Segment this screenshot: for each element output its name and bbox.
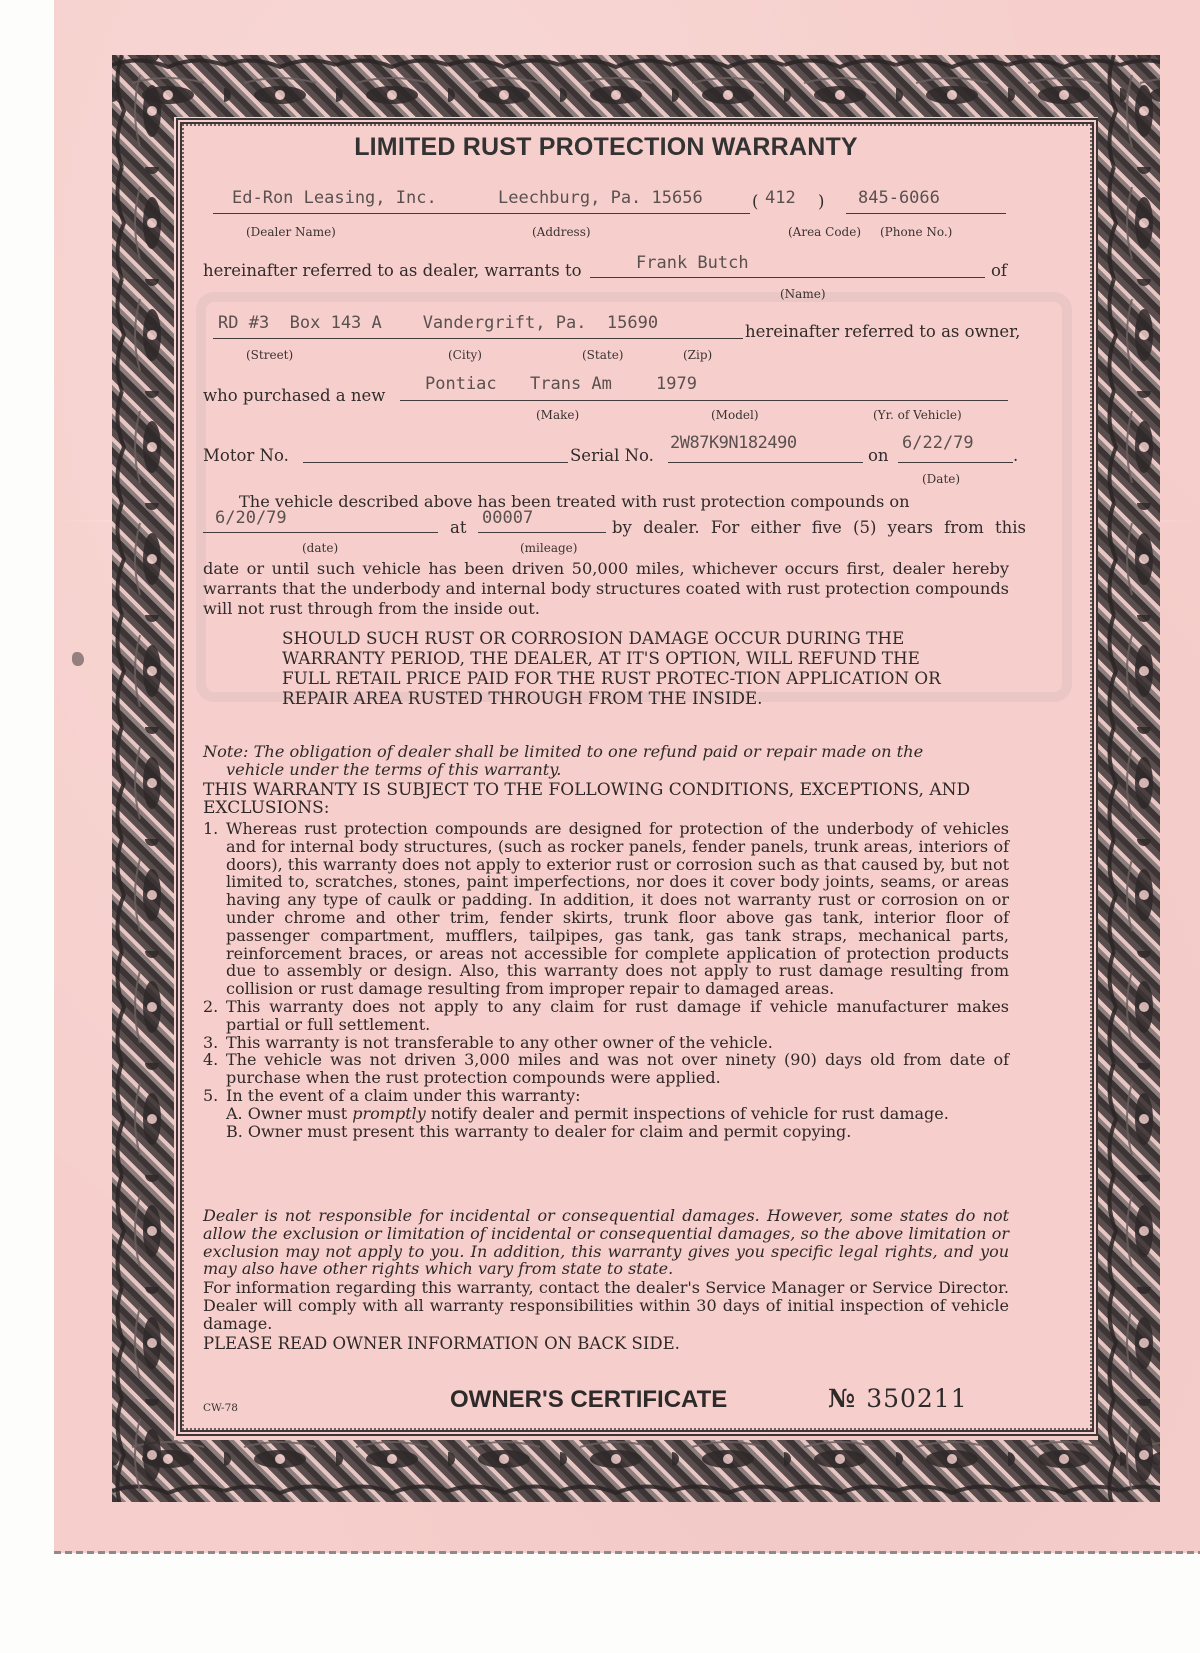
purchased-new-label: who purchased a new <box>203 386 385 405</box>
service-contact-info: For information regarding this warranty,… <box>203 1279 1009 1332</box>
obligation-note-line-2: vehicle under the terms of this warranty… <box>203 761 1009 779</box>
conditions-list: 1.Whereas rust protection compounds are … <box>203 820 1009 1140</box>
model-caption: (Model) <box>711 408 759 422</box>
treatment-date-line <box>203 532 438 533</box>
dealer-area-code-value[interactable]: 412 <box>765 188 796 208</box>
obligation-note-line-1: Note: The obligation of dealer shall be … <box>203 742 923 761</box>
motor-no-line <box>303 462 568 463</box>
area-code-open-paren: ( <box>752 192 758 211</box>
treatment-mileage-line <box>478 532 606 533</box>
consequential-damages-disclaimer: Dealer is not responsible for incidental… <box>203 1207 1009 1278</box>
vehicle-make-value[interactable]: Pontiac <box>425 374 497 394</box>
zip-caption: (Zip) <box>683 348 712 362</box>
conditions-heading: THIS WARRANTY IS SUBJECT TO THE FOLLOWIN… <box>203 781 1009 817</box>
condition-item: 2.This warranty does not apply to any cl… <box>203 998 1009 1034</box>
on-label: on <box>868 446 889 465</box>
treatment-date-value[interactable]: 6/20/79 <box>215 508 287 528</box>
claim-subitem-a: A. Owner must promptly notify dealer and… <box>226 1105 1009 1123</box>
area-code-caption: (Area Code) <box>788 225 861 239</box>
owner-referral-label: hereinafter referred to as owner, <box>745 322 1020 341</box>
owner-name-caption: (Name) <box>780 287 826 301</box>
dealer-address-caption: (Address) <box>532 225 591 239</box>
vehicle-line <box>400 400 1008 401</box>
back-side-notice: PLEASE READ OWNER INFORMATION ON BACK SI… <box>203 1335 1009 1353</box>
by-dealer-text: by dealer. For either five (5) years fro… <box>612 518 1026 537</box>
serial-no-label: Serial No. <box>570 446 654 465</box>
owner-address-value[interactable]: RD #3 Box 143 A Vandergrift, Pa. 15690 <box>218 313 658 333</box>
state-caption: (State) <box>582 348 623 362</box>
period-mark: . <box>1013 446 1018 465</box>
condition-item: 4.The vehicle was not driven 3,000 miles… <box>203 1051 1009 1087</box>
certificate-number-value: 350211 <box>866 1384 967 1413</box>
claim-subitem-b: B. Owner must present this warranty to d… <box>226 1123 1009 1141</box>
warrants-to-label: hereinafter referred to as dealer, warra… <box>203 261 582 280</box>
area-code-close-paren: ) <box>818 192 824 211</box>
purchase-date-line <box>898 462 1013 463</box>
obligation-note: Note: The obligation of dealer shall be … <box>203 743 1009 779</box>
treatment-date-caption: (date) <box>302 541 338 555</box>
condition-item: 3.This warranty is not transferable to a… <box>203 1034 1009 1052</box>
phone-caption: (Phone No.) <box>880 225 952 239</box>
treatment-intro: The vehicle described above has been tre… <box>203 492 1009 512</box>
motor-no-label: Motor No. <box>203 446 289 465</box>
of-label: of <box>991 261 1007 280</box>
owner-name-value[interactable]: Frank Butch <box>636 253 749 273</box>
year-caption: (Yr. of Vehicle) <box>873 408 962 422</box>
dealer-address-value[interactable]: Leechburg, Pa. 15656 <box>498 188 703 208</box>
vehicle-model-value[interactable]: Trans Am <box>530 374 612 394</box>
make-caption: (Make) <box>536 408 579 422</box>
dealer-phone-value[interactable]: 845-6066 <box>858 188 940 208</box>
number-sign-icon: № <box>828 1384 856 1413</box>
dealer-name-value[interactable]: Ed-Ron Leasing, Inc. <box>232 188 437 208</box>
purchase-date-caption: (Date) <box>922 472 960 486</box>
serial-no-value[interactable]: 2W87K9N182490 <box>670 433 797 453</box>
dealer-line <box>213 213 750 214</box>
owner-name-line <box>590 277 985 278</box>
serial-no-line <box>668 462 863 463</box>
treatment-warranty-body: date or until such vehicle has been driv… <box>203 559 1009 619</box>
stray-ink-mark <box>72 652 84 666</box>
condition-item: 1.Whereas rust protection compounds are … <box>203 820 1009 998</box>
vehicle-year-value[interactable]: 1979 <box>656 374 697 394</box>
dealer-name-caption: (Dealer Name) <box>246 225 336 239</box>
treatment-mileage-caption: (mileage) <box>520 541 577 555</box>
owners-certificate-title: OWNER'S CERTIFICATE <box>450 1386 727 1414</box>
refund-clause: SHOULD SUCH RUST OR CORROSION DAMAGE OCC… <box>282 628 942 708</box>
phone-line <box>846 213 1006 214</box>
street-caption: (Street) <box>246 348 293 362</box>
purchase-date-value[interactable]: 6/22/79 <box>902 433 974 453</box>
at-label: at <box>450 518 466 537</box>
owner-address-line <box>213 338 743 339</box>
city-caption: (City) <box>448 348 482 362</box>
treatment-mileage-value[interactable]: 00007 <box>482 508 533 528</box>
form-code: CW-78 <box>203 1402 238 1414</box>
warranty-title: LIMITED RUST PROTECTION WARRANTY <box>203 133 1009 162</box>
perforated-edge <box>54 1551 1200 1554</box>
condition-item: 5.In the event of a claim under this war… <box>203 1087 1009 1140</box>
certificate-number: №350211 <box>828 1384 968 1413</box>
